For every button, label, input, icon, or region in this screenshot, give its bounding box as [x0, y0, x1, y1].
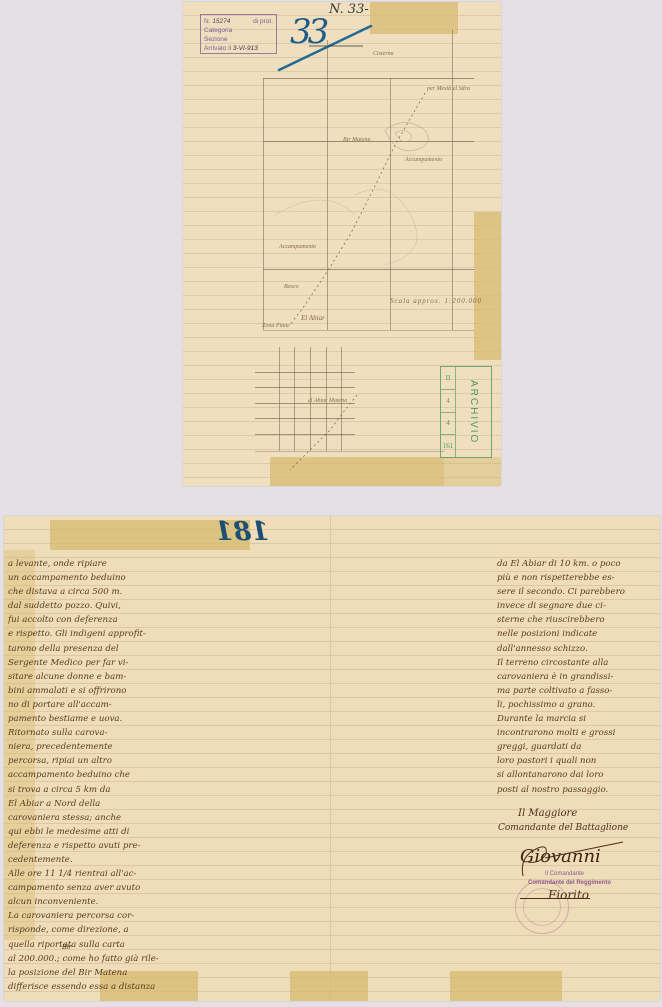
category-label: Categoria — [204, 26, 232, 35]
countersignature: Fiorito — [548, 888, 589, 902]
letter-line: sterne che riuscirebbero — [497, 613, 625, 627]
letter-line: alcun inconveniente. — [8, 895, 159, 909]
map-label-el-abiar: El Abiar — [301, 314, 325, 322]
map-label-bottom-left: Zona Piane — [262, 323, 290, 329]
letter-line: posti al nostro passaggio. — [497, 783, 625, 797]
letter-line: ma parte coltivato a fasso- — [497, 684, 625, 698]
letter-line: qui ebbi le medesime atti di — [8, 825, 159, 839]
letter-line: Durante la marcia si — [497, 712, 625, 726]
letter-line: Alle ore 11 1/4 rientrai all'ac- — [8, 867, 159, 881]
letter-right-page: da El Abiar di 10 km. o poco più e non r… — [497, 557, 625, 797]
letter-left-page: a levante, onde ripiare un accampamento … — [8, 557, 159, 994]
protocol-label: di prot. — [253, 17, 273, 26]
letter-line: si allontanarono dai loro — [497, 768, 625, 782]
letter-line: percorsa, ripiai un altro — [8, 754, 159, 768]
signature-rank: Il Maggiore — [518, 808, 577, 819]
letter-line: la posizione del Bir Matena — [8, 966, 159, 980]
archive-stamp-value: 161 — [441, 435, 455, 457]
arrival-label: Arrivato il — [204, 45, 231, 52]
protocol-stamp: N. 15274 di prot. Categoria Sezione Arri… — [200, 14, 277, 54]
letter-line: cedentemente. — [8, 853, 159, 867]
letter-line: quella riportata sulla carta — [8, 938, 159, 952]
letter-line: tarono della presenza del — [8, 642, 159, 656]
folio-number-letter: 181 — [215, 517, 269, 547]
interlinear-annotation: Bir — [62, 944, 71, 951]
letter-line: dall'annesso schizzo. — [497, 642, 625, 656]
letter-line: si trova a circa 5 km da — [8, 783, 159, 797]
letter-line: no di portare all'accam- — [8, 698, 159, 712]
tape-strip — [290, 971, 368, 1001]
folio-number-small: N. 33- — [329, 2, 369, 17]
protocol-number: 15274 — [212, 18, 230, 25]
letter-line: deferenza e rispetto avuti pre- — [8, 839, 159, 853]
letter-line: niera, precedentemente — [8, 740, 159, 754]
map-label-bosco: Bosco — [284, 284, 299, 290]
map-label-lower: el Abiar Matena — [308, 398, 347, 404]
letter-line: differisce essendo essa a distanza — [8, 980, 159, 994]
stamp-line: Il Comandante — [545, 871, 584, 877]
letter-line: nelle posizioni indicate — [497, 627, 625, 641]
page-fold — [330, 516, 331, 1001]
letter-line: più e non rispetterebbe es- — [497, 571, 625, 585]
letter-line: carovaniera è in grandissi- — [497, 670, 625, 684]
tape-strip — [450, 971, 562, 1001]
letter-line: al 200.000.; come ho fatto già rile- — [8, 952, 159, 966]
category-value: Sezione — [204, 35, 228, 44]
letter-line: accampamento beduino che — [8, 768, 159, 782]
letter-line: Ritornato sulla carova- — [8, 726, 159, 740]
letter-line: bini ammalati e si offrirono — [8, 684, 159, 698]
map-label-camp-left: Accampamento — [279, 244, 316, 250]
stamp-line: Comandante del Reggimento — [528, 880, 611, 886]
letter-line: da El Abiar di 10 km. o poco — [497, 557, 625, 571]
letter-line: Sergente Medico per far vi- — [8, 656, 159, 670]
letter-line: che distava a circa 500 m. — [8, 585, 159, 599]
letter-line: un accampamento beduino — [8, 571, 159, 585]
letter-line: El Abiar a Nord della — [8, 797, 159, 811]
archive-stamp-value: 4 — [441, 413, 455, 436]
map-label-camp-right: Accampamento — [405, 157, 442, 163]
map-label-cisterna: Cisterna — [373, 51, 394, 57]
signature-title: Comandante del Battaglione — [498, 823, 628, 833]
letter-line: incontrarono molti e grossi — [497, 726, 625, 740]
letter-line: sere il secondo. Ci parebbero — [497, 585, 625, 599]
archive-stamp-value: 4 — [441, 390, 455, 413]
letter-line: carovaniera stessa; anche — [8, 811, 159, 825]
letter-line: a levante, onde ripiare — [8, 557, 159, 571]
letter-line: Il terreno circostante alla — [497, 656, 625, 670]
letter-line: La carovaniera percorsa cor- — [8, 909, 159, 923]
map-label-route: per Mestâ el Sdra — [427, 86, 470, 92]
arrival-date: 3-VI-913 — [233, 45, 258, 52]
letter-line: dal suddetto pozzo. Quivi, — [8, 599, 159, 613]
countersign-underline — [520, 898, 590, 899]
blue-pen-stroke — [275, 20, 375, 75]
map-label-well: Bir Matena — [343, 137, 371, 143]
protocol-number-label: N. — [204, 18, 211, 25]
letter-line: sitare alcune donne e bam- — [8, 670, 159, 684]
letter-line: pamento bestiame e uova. — [8, 712, 159, 726]
letter-line: invece di segnare due ci- — [497, 599, 625, 613]
letter-line: greggi, guardati da — [497, 740, 625, 754]
letter-line: fui accolto con deferenza — [8, 613, 159, 627]
letter-line: e rispetto. Gli indigeni approfit- — [8, 627, 159, 641]
archive-stamp-value: II — [441, 367, 455, 390]
archive-stamp: II 4 4 161 ARCHIVIO — [440, 366, 492, 458]
letter-line: li, pochissimo a grano. — [497, 698, 625, 712]
archive-stamp-text: ARCHIVIO — [456, 367, 491, 457]
letter-line: campamento senza aver avuto — [8, 881, 159, 895]
letter-line: risponde, come direzione, a — [8, 923, 159, 937]
letter-line: loro pastori i quali non — [497, 754, 625, 768]
map-scale: Scala approx. 1:200.000 — [390, 297, 482, 305]
tape-strip — [370, 2, 458, 34]
